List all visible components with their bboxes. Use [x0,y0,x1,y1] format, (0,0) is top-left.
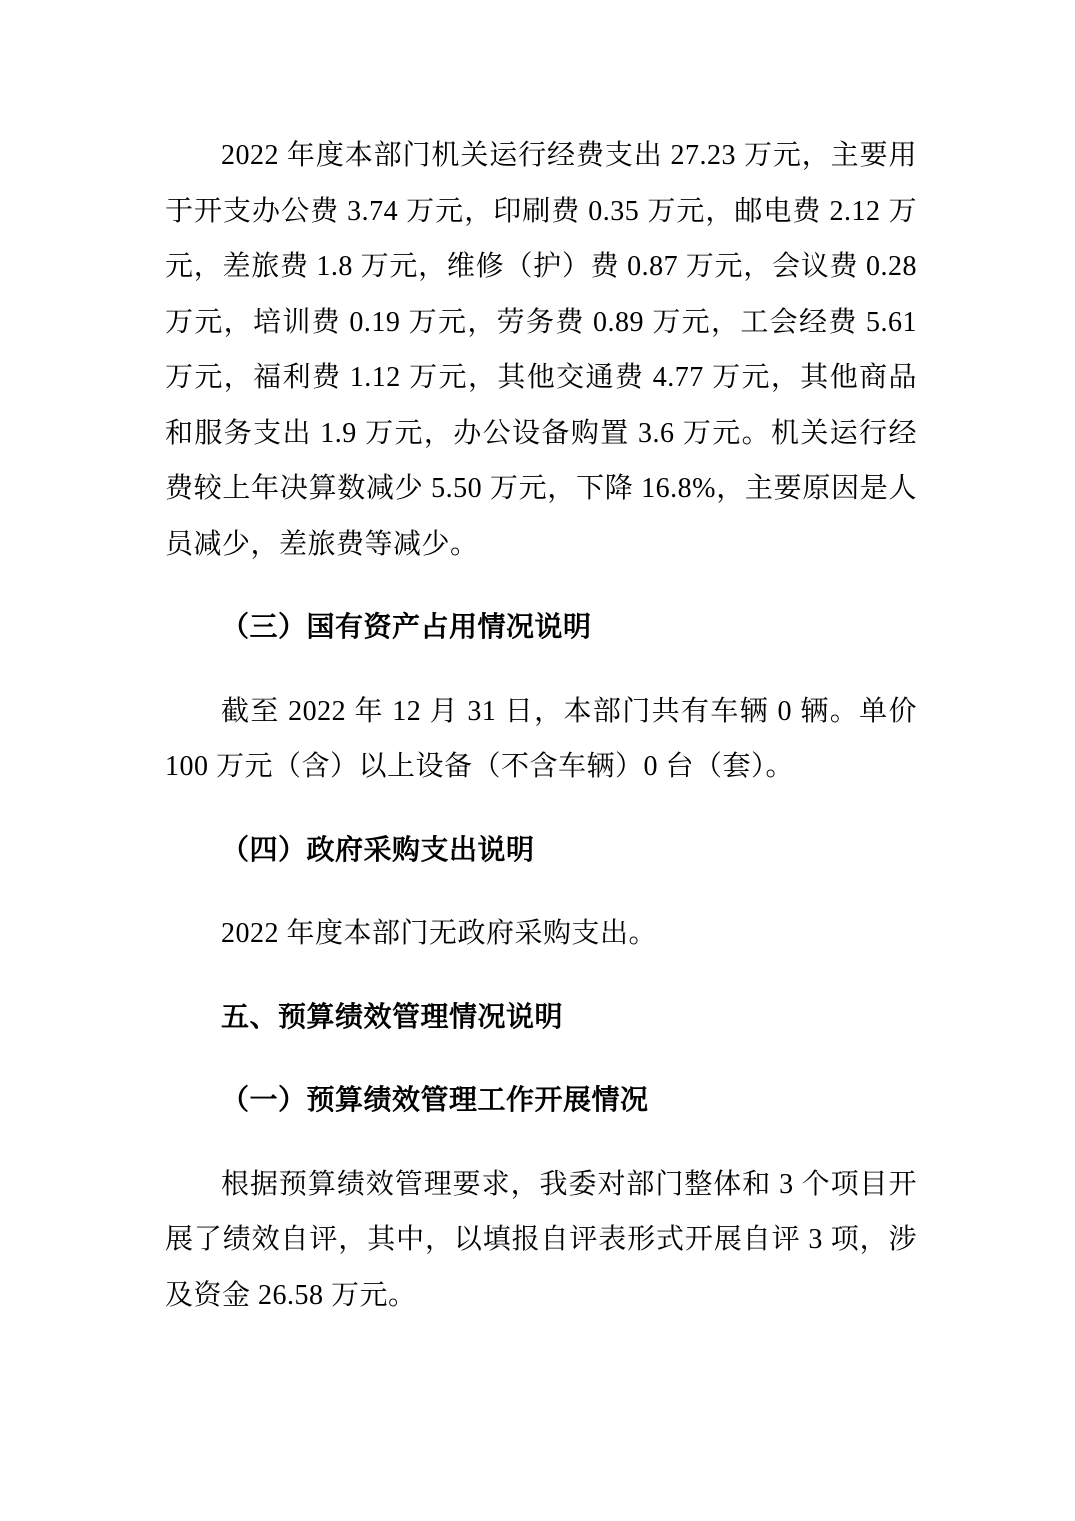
body-paragraph: 2022 年度本部门机关运行经费支出 27.23 万元，主要用于开支办公费 3.… [165,128,917,572]
section-heading: 五、预算绩效管理情况说明 [165,990,917,1046]
section-heading: （三）国有资产占用情况说明 [165,600,917,656]
body-paragraph: 2022 年度本部门无政府采购支出。 [165,906,917,962]
document-page: 2022 年度本部门机关运行经费支出 27.23 万元，主要用于开支办公费 3.… [0,0,1075,1521]
document-content: 2022 年度本部门机关运行经费支出 27.23 万元，主要用于开支办公费 3.… [165,128,917,1323]
section-heading: （四）政府采购支出说明 [165,823,917,879]
section-heading: （一）预算绩效管理工作开展情况 [165,1073,917,1129]
body-paragraph: 截至 2022 年 12 月 31 日，本部门共有车辆 0 辆。单价 100 万… [165,684,917,795]
body-paragraph: 根据预算绩效管理要求，我委对部门整体和 3 个项目开展了绩效自评，其中，以填报自… [165,1157,917,1324]
